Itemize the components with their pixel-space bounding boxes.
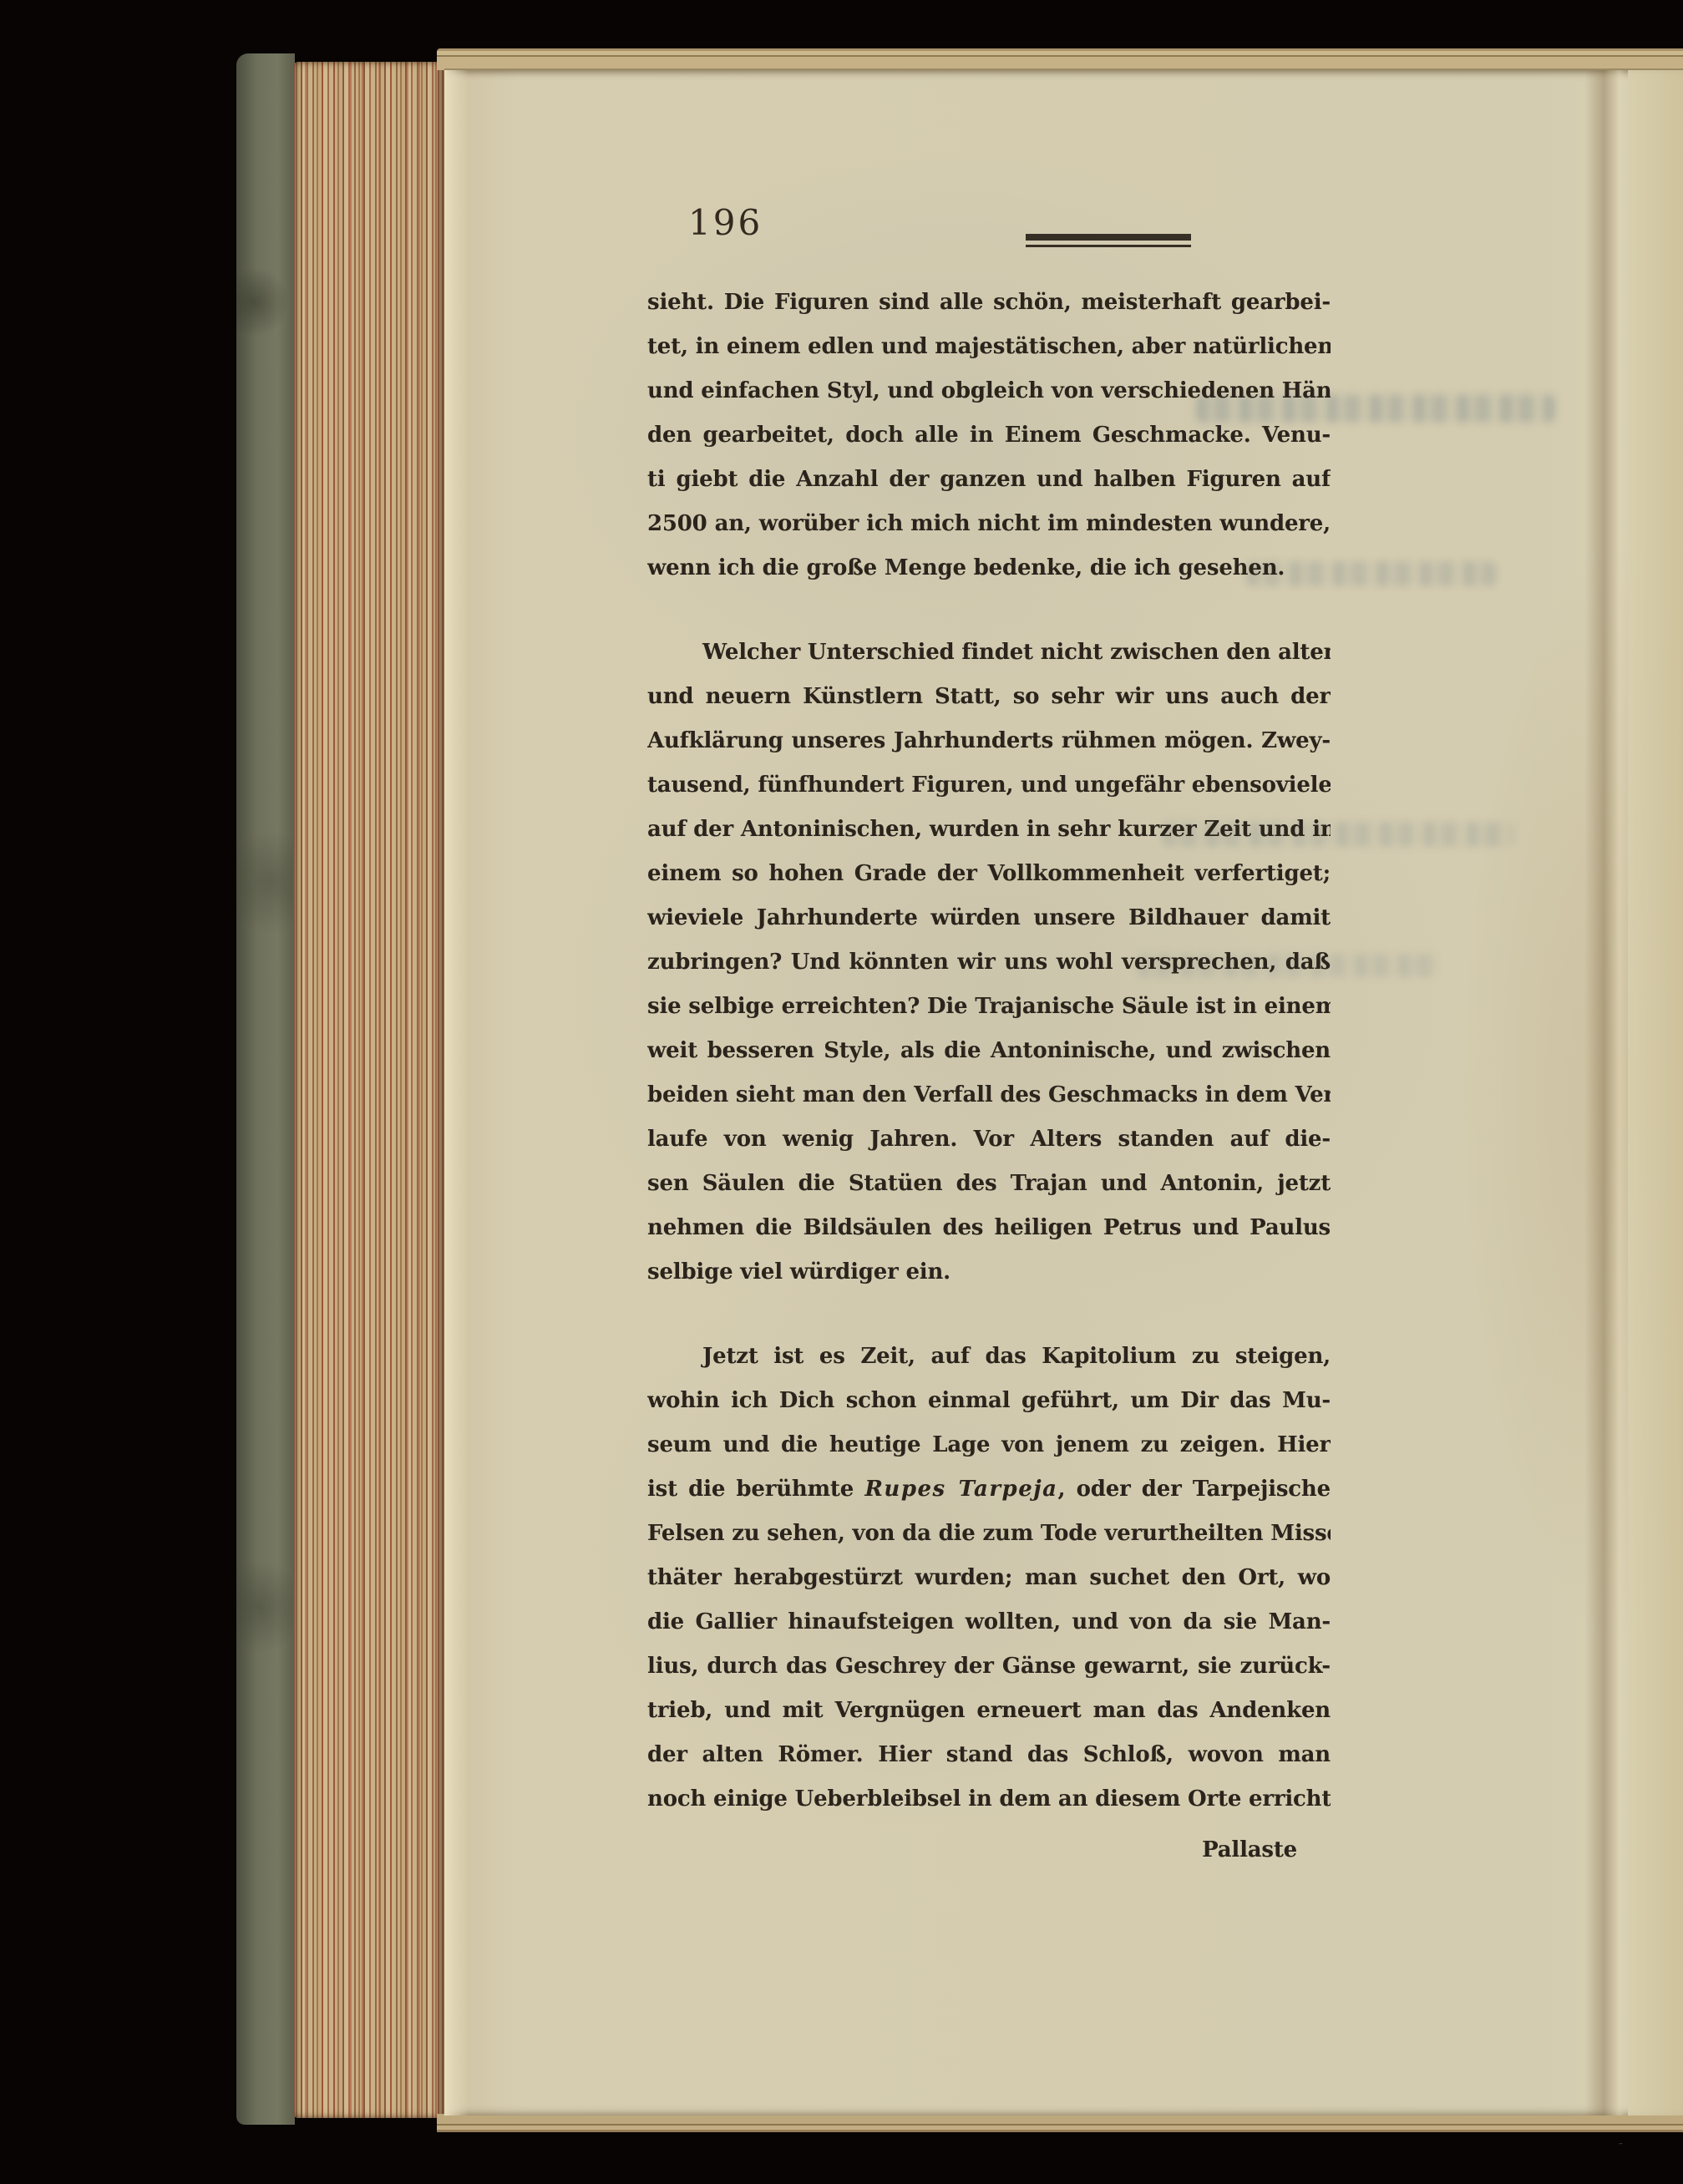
paragraph: sieht. Die Figuren sind alle schön, meis… xyxy=(647,281,1331,590)
text-line: sie selbige erreichten? Die Trajanische … xyxy=(647,985,1331,1029)
text-line: tausend, fünfhundert Figuren, und ungefä… xyxy=(647,763,1331,808)
page-stack-bottom-edge xyxy=(437,2114,1683,2132)
text-line: auf der Antoninischen, wurden in sehr ku… xyxy=(647,808,1331,852)
text-line: Welcher Unterschied findet nicht zwische… xyxy=(647,631,1331,675)
page-number: 196 xyxy=(688,202,763,243)
text-line: und einfachen Styl, und obgleich von ver… xyxy=(647,369,1331,413)
text-line: tet, in einem edlen und majestätischen, … xyxy=(647,325,1331,369)
text-line: sieht. Die Figuren sind alle schön, meis… xyxy=(647,281,1331,325)
page-stack-top-edge xyxy=(437,48,1683,70)
text-line: nehmen die Bildsäulen des heiligen Petru… xyxy=(647,1206,1331,1250)
book-scan: 196 sieht. Die Figuren sind alle schön, … xyxy=(236,48,1683,2132)
text-line: einem so hohen Grade der Vollkommenheit … xyxy=(647,852,1331,896)
paragraph: Welcher Unterschied findet nicht zwische… xyxy=(647,631,1331,1295)
latin-phrase: Rupes Tarpeja xyxy=(864,1477,1057,1502)
text-line: und neuern Künstlern Statt, so sehr wir … xyxy=(647,675,1331,719)
text-line: weit besseren Style, als die Antoninisch… xyxy=(647,1029,1331,1073)
text-line: ti giebt die Anzahl der ganzen und halbe… xyxy=(647,458,1331,502)
header-rule-ornament xyxy=(1026,234,1191,247)
text-line: laufe von wenig Jahren. Vor Alters stand… xyxy=(647,1117,1331,1162)
text-line: sen Säulen die Statüen des Trajan und An… xyxy=(647,1162,1331,1206)
book-page: 196 sieht. Die Figuren sind alle schön, … xyxy=(444,68,1683,2116)
text-line: Felsen zu sehen, von da die zum Tode ver… xyxy=(647,1512,1331,1556)
text-block: sieht. Die Figuren sind alle schön, meis… xyxy=(647,281,1331,1872)
page-fore-edges xyxy=(293,62,445,2118)
adjacent-leaf xyxy=(1628,70,1683,2116)
screenshot-root: { "colors": { "background": "#070403", "… xyxy=(0,0,1683,2184)
text-line: zubringen? Und könnten wir uns wohl vers… xyxy=(647,940,1331,985)
text-line: noch einige Ueberbleibsel in dem an dies… xyxy=(647,1777,1331,1822)
page-crease xyxy=(1584,70,1628,2116)
text-line: selbige viel würdiger ein. xyxy=(647,1250,1331,1295)
paragraph: Jetzt ist es Zeit, auf das Kapitolium zu… xyxy=(647,1335,1331,1822)
text-line: wenn ich die große Menge bedenke, die ic… xyxy=(647,546,1331,590)
text-line: wohin ich Dich schon einmal geführt, um … xyxy=(647,1379,1331,1423)
text-line: die Gallier hinaufsteigen wollten, und v… xyxy=(647,1600,1331,1644)
text-line: Jetzt ist es Zeit, auf das Kapitolium zu… xyxy=(647,1335,1331,1379)
text-line: beiden sieht man den Verfall des Geschma… xyxy=(647,1073,1331,1117)
text-line: seum und die heutige Lage von jenem zu z… xyxy=(647,1423,1331,1467)
text-line: den gearbeitet, doch alle in Einem Gesch… xyxy=(647,413,1331,458)
text-line: ist die berühmte Rupes Tarpeja, oder der… xyxy=(647,1467,1331,1512)
text-line: 2500 an, worüber ich mich nicht im minde… xyxy=(647,502,1331,546)
text-line: thäter herabgestürzt wurden; man suchet … xyxy=(647,1556,1331,1600)
text-line: der alten Römer. Hier stand das Schloß, … xyxy=(647,1733,1331,1777)
text-line: wieviele Jahrhunderte würden unsere Bild… xyxy=(647,896,1331,940)
text-line: Aufklärung unseres Jahrhunderts rühmen m… xyxy=(647,719,1331,763)
text-line: trieb, und mit Vergnügen erneuert man da… xyxy=(647,1689,1331,1733)
backdrop-corner xyxy=(1412,0,1683,48)
text-line: lius, durch das Geschrey der Gänse gewar… xyxy=(647,1644,1331,1689)
book-cover-edge xyxy=(236,53,295,2125)
catchword: Pallaste xyxy=(647,1828,1331,1872)
